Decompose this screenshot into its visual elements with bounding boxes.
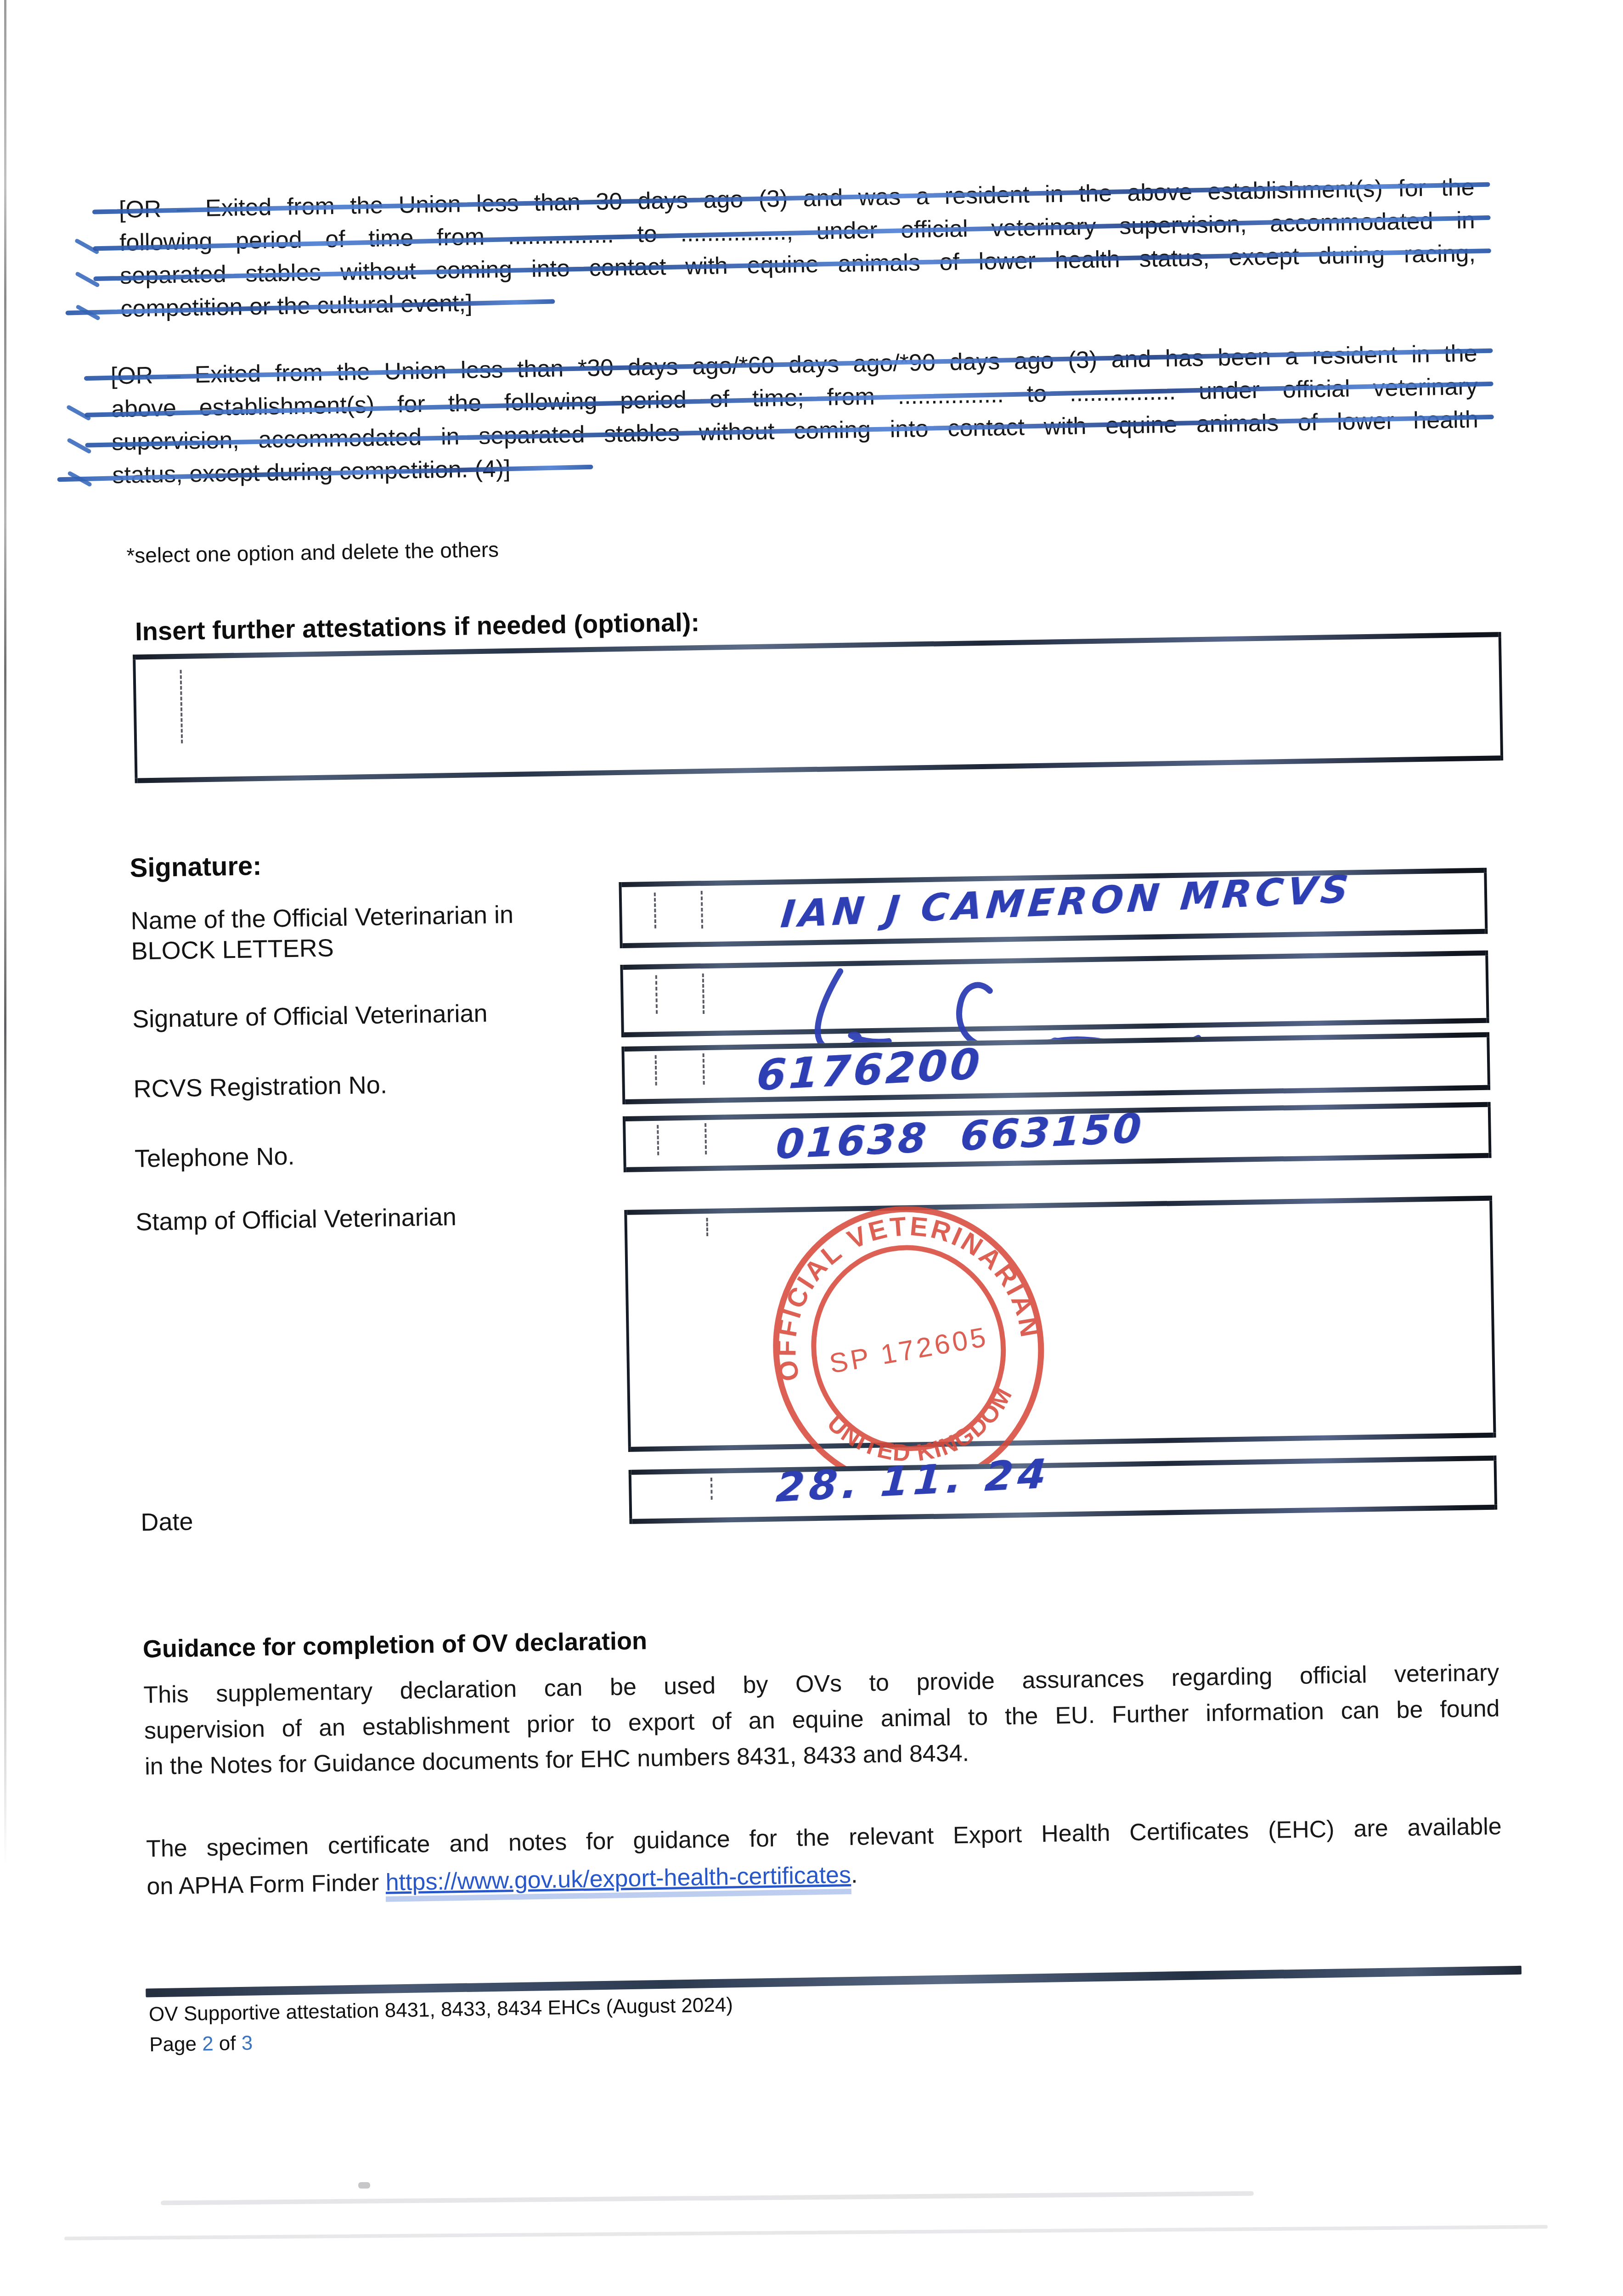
struck-line-text: competition or the cultural event;] <box>120 287 473 326</box>
footer-of-word: of <box>213 2032 242 2055</box>
footer-page-word: Page <box>149 2032 203 2056</box>
signature-section-heading: Signature: <box>130 850 262 884</box>
footer-document-reference: OV Supportive attestation 8431, 8433, 84… <box>149 1993 733 2026</box>
stamp-center-text: SP 172605 <box>827 1321 991 1379</box>
date-field-label: Date <box>141 1507 193 1538</box>
further-attestations-heading: Insert further attestations if needed (o… <box>135 607 700 646</box>
link-suffix-text: . <box>851 1862 857 1888</box>
guidance-heading: Guidance for completion of OV declaratio… <box>142 1626 647 1663</box>
link-prefix-text: on APHA Form Finder <box>147 1869 386 1900</box>
rcvs-field-label: RCVS Registration No. <box>133 1069 387 1104</box>
select-option-note: *select one option and delete the others <box>126 537 499 568</box>
stamp-field-label: Stamp of Official Veterinarian <box>135 1202 456 1238</box>
rcvs-field-box[interactable] <box>621 1032 1490 1104</box>
footer-page-total: 3 <box>241 2032 253 2054</box>
further-attestations-box[interactable] <box>133 632 1503 783</box>
struck-option-paragraph-2: [OR – Exited from the Union less than *3… <box>110 337 1479 492</box>
footer-divider-bar <box>146 1966 1522 1998</box>
struck-option-paragraph-1: [OR – Exited from the Union less than 30… <box>118 171 1476 326</box>
name-field-label: Name of the Official Veterinarian in BLO… <box>130 898 604 967</box>
signature-field-label: Signature of Official Veterinarian <box>132 998 488 1035</box>
export-health-certificates-link[interactable]: https://www.gov.uk/export-health-certifi… <box>385 1862 851 1902</box>
footer-page-number: 2 <box>202 2032 214 2055</box>
box-tick-artifact <box>710 1478 713 1500</box>
guidance-paragraph-2: The specimen certificate and notes for g… <box>146 1807 1502 1905</box>
guidance-paragraph-1: This supplementary declaration can be us… <box>143 1655 1500 1785</box>
footer-page-indicator: Page 2 of 3 <box>149 2032 253 2057</box>
box-tick-artifact <box>706 1218 709 1236</box>
telephone-field-label: Telephone No. <box>135 1141 295 1174</box>
scanned-document-page: [OR – Exited from the Union less than 30… <box>0 0 1623 2296</box>
scan-smudge-artifact <box>358 2182 370 2189</box>
struck-line-text: status, except during competition. (4)] <box>112 452 511 492</box>
